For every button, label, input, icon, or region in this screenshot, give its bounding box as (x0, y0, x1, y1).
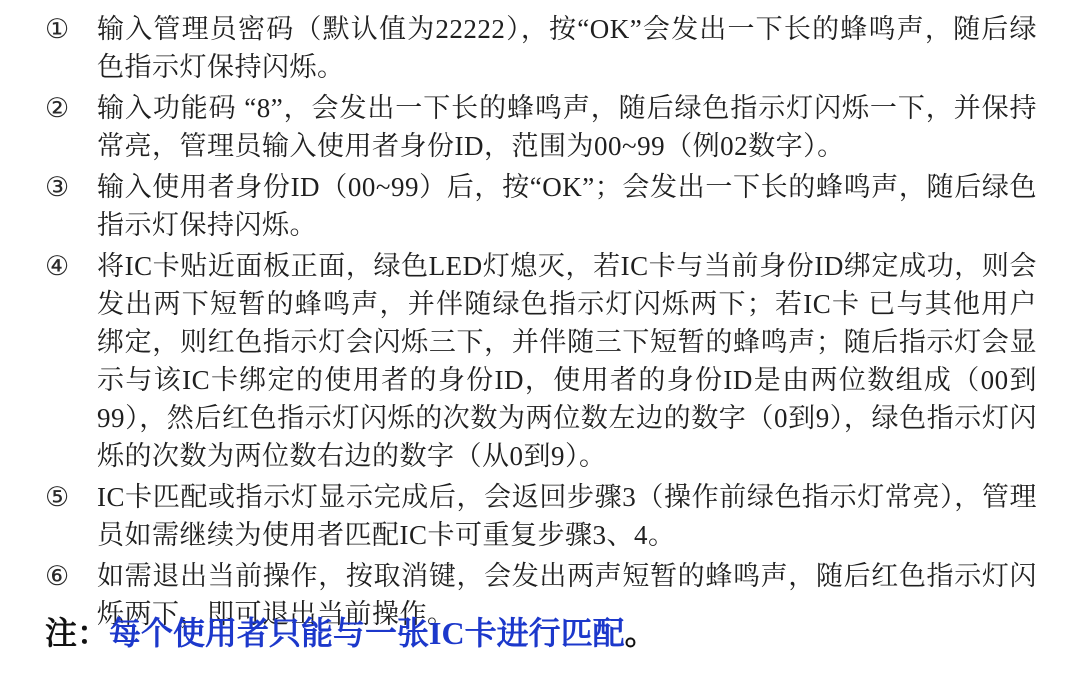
note-label: 注： (45, 615, 109, 651)
step-number-3: ③ (45, 168, 97, 206)
step-text: IC卡匹配或指示灯显示完成后，会返回步骤3（操作前绿色指示灯常亮），管理员如需继… (97, 478, 1037, 554)
step-text: 输入功能码 “8”，会发出一下长的蜂鸣声，随后绿色指示灯闪烁一下，并保持常亮，管… (97, 89, 1037, 165)
note-suffix: 。 (625, 615, 657, 651)
instructions-slide: ① 输入管理员密码（默认值为22222），按“OK”会发出一下长的蜂鸣声，随后绿… (0, 0, 1080, 683)
instruction-step: ④ 将IC卡贴近面板正面，绿色LED灯熄灭，若IC卡与当前身份ID绑定成功，则会… (45, 247, 1037, 475)
step-number-5: ⑤ (45, 478, 97, 516)
instruction-step-list: ① 输入管理员密码（默认值为22222），按“OK”会发出一下长的蜂鸣声，随后绿… (45, 10, 1037, 636)
step-number-2: ② (45, 89, 97, 127)
step-text: 输入使用者身份ID（00~99）后，按“OK”；会发出一下长的蜂鸣声，随后绿色指… (97, 168, 1037, 244)
step-number-6: ⑥ (45, 557, 97, 595)
instruction-step: ① 输入管理员密码（默认值为22222），按“OK”会发出一下长的蜂鸣声，随后绿… (45, 10, 1037, 86)
note-text: 每个使用者只能与一张IC卡进行匹配 (109, 615, 625, 651)
step-number-1: ① (45, 10, 97, 48)
step-number-4: ④ (45, 247, 97, 285)
step-text: 将IC卡贴近面板正面，绿色LED灯熄灭，若IC卡与当前身份ID绑定成功，则会发出… (97, 247, 1037, 475)
instruction-step: ⑤ IC卡匹配或指示灯显示完成后，会返回步骤3（操作前绿色指示灯常亮），管理员如… (45, 478, 1037, 554)
instruction-step: ② 输入功能码 “8”，会发出一下长的蜂鸣声，随后绿色指示灯闪烁一下，并保持常亮… (45, 89, 1037, 165)
step-text: 输入管理员密码（默认值为22222），按“OK”会发出一下长的蜂鸣声，随后绿色指… (97, 10, 1037, 86)
instruction-step: ③ 输入使用者身份ID（00~99）后，按“OK”；会发出一下长的蜂鸣声，随后绿… (45, 168, 1037, 244)
note-line: 注：每个使用者只能与一张IC卡进行匹配。 (45, 612, 1037, 654)
